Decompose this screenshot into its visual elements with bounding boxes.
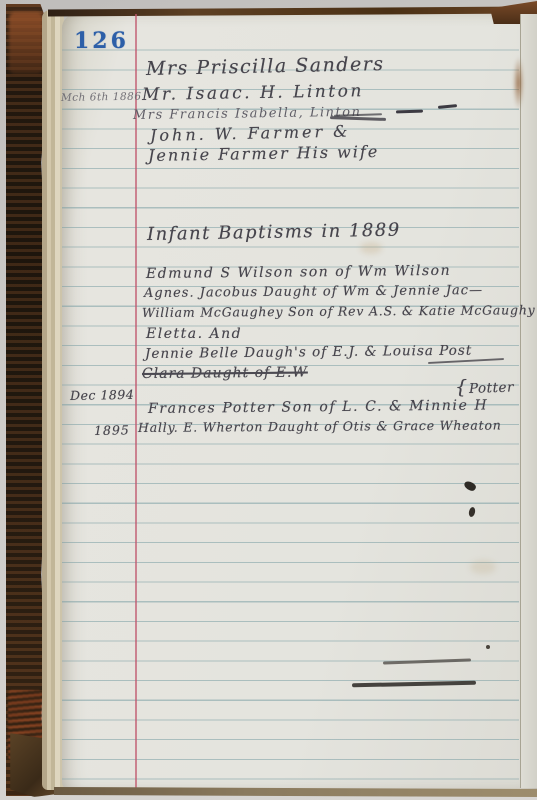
baptism-entry: Eletta. And	[146, 326, 242, 342]
ink-speck	[486, 645, 490, 649]
ledger-photo: 126 Mch 6th 1886 Mrs Priscilla Sanders M…	[0, 0, 537, 800]
paper-stain	[470, 560, 496, 574]
book-spine-leather	[6, 4, 46, 796]
surname-note: Potter	[469, 379, 514, 397]
record-line: Mr. Isaac. H. Linton	[142, 81, 364, 105]
baptism-heading: Infant Baptisms in 1889	[147, 220, 401, 245]
baptism-entry: Hally. E. Wherton Daught of Otis & Grace…	[138, 417, 502, 435]
baptism-entry: Edmund S Wilson son of Wm Wilson	[146, 263, 451, 282]
page-number-stamp: 126	[74, 28, 129, 54]
baptism-entry: Agnes. Jacobus Daught of Wm & Jennie Jac…	[144, 283, 483, 301]
margin-date: Dec 1894	[70, 387, 134, 403]
record-line: Jennie Farmer His wife	[148, 142, 380, 165]
page-bottom-shadow	[54, 787, 537, 797]
edge-stain	[513, 56, 524, 110]
record-line: Mrs Francis Isabella, Linton	[133, 105, 362, 123]
brace-mark: {	[455, 376, 467, 398]
baptism-entry: Jennie Belle Daugh's of E.J. & Louisa Po…	[145, 343, 472, 362]
next-page-edge	[520, 14, 537, 788]
spine-wear-top	[9, 12, 43, 74]
red-margin-rule	[135, 14, 137, 790]
margin-year: 1895	[94, 422, 130, 438]
page-edge-stack	[42, 10, 64, 790]
margin-date: Mch 6th 1886	[61, 91, 142, 104]
paper-stain	[360, 242, 382, 254]
baptism-entry-struck: Clara Daught of E.W	[142, 365, 308, 382]
baptism-entry: William McGaughey Son of Rev A.S. & Kati…	[142, 302, 536, 320]
